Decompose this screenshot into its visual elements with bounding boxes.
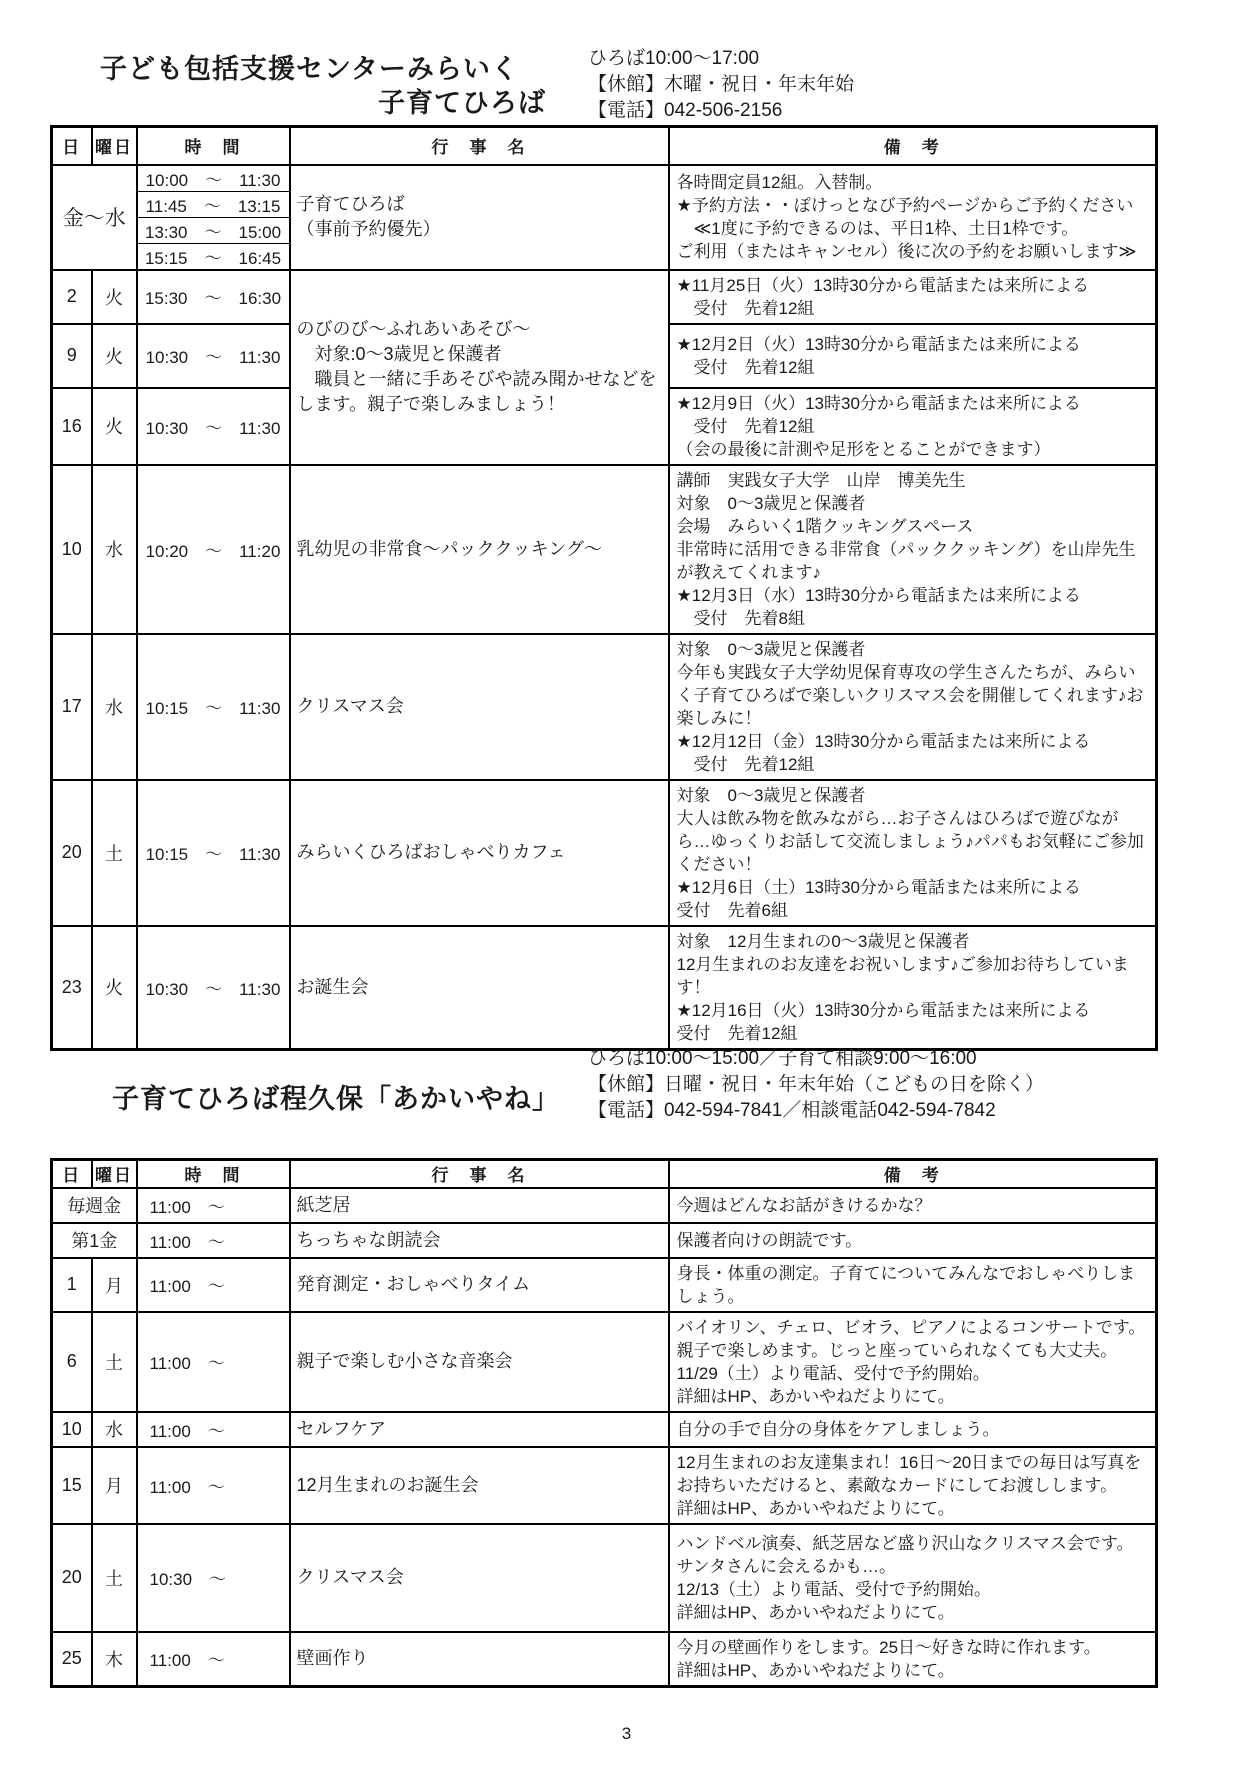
time-cell: 10:30 ～ 11:30: [137, 926, 290, 1050]
weekday-cell: 水: [92, 634, 137, 780]
day-cell: 10: [52, 1412, 92, 1447]
section2-hours: ひろば10:00～15:00／子育て相談9:00～16:00: [588, 1046, 1044, 1072]
event-cell: 12月生まれのお誕生会: [290, 1447, 669, 1524]
day-cell: 第1金: [52, 1223, 137, 1258]
time-cell: 11:45 ～ 13:15: [137, 191, 290, 217]
header-day: 日: [52, 1160, 92, 1188]
table-row: 17 水 10:15 ～ 11:30 クリスマス会 対象 0～3歳児と保護者 今…: [52, 634, 1157, 780]
time-cell: 11:00 ～: [137, 1223, 290, 1258]
section2-info: ひろば10:00～15:00／子育て相談9:00～16:00 【休館】日曜・祝日…: [588, 1046, 1044, 1124]
note-cell: 講師 実践女子大学 山岸 博美先生 対象 0～3歳児と保護者 会場 みらいく1階…: [669, 465, 1157, 634]
table-row: 金～水 10:00 ～ 11:30 子育てひろば （事前予約優先） 各時間定員1…: [52, 165, 1157, 192]
time-cell: 10:30 ～ 11:30: [137, 324, 290, 388]
section1-title: 子ども包括支援センターみらいく 子育てひろば: [100, 52, 546, 120]
day-cell: 20: [52, 1524, 92, 1632]
weekday-cell: 火: [92, 926, 137, 1050]
weekday-cell: 火: [92, 388, 137, 465]
weekday-cell: 土: [92, 1524, 137, 1632]
table-row: 10 水 11:00 ～ セルフケア 自分の手で自分の身体をケアしましょう。: [52, 1412, 1157, 1447]
event-cell: のびのび～ふれあいあそび～ 対象:0～3歳児と保護者 職員と一緒に手あそびや読み…: [290, 270, 669, 465]
time-cell: 11:00 ～: [137, 1258, 290, 1312]
table-header-row: 日 曜日 時 間 行 事 名 備 考: [52, 1160, 1157, 1188]
event-cell: クリスマス会: [290, 634, 669, 780]
note-cell: ★11月25日（火）13時30分から電話または来所による 受付 先着12組: [669, 270, 1157, 324]
section2-phone: 【電話】042-594-7841／相談電話042-594-7842: [588, 1098, 1044, 1124]
table-row: 1 月 11:00 ～ 発育測定・おしゃべりタイム 身長・体重の測定。子育てにつ…: [52, 1258, 1157, 1312]
event-cell: 親子で楽しむ小さな音楽会: [290, 1312, 669, 1412]
time-cell: 15:15 ～ 16:45: [137, 243, 290, 270]
section2-title: 子育てひろば程久保「あかいやね」: [112, 1082, 560, 1116]
time-cell: 11:00 ～: [137, 1188, 290, 1223]
document-page: 子ども包括支援センターみらいく 子育てひろば ひろば10:00～17:00 【休…: [0, 0, 1253, 1780]
time-cell: 13:30 ～ 15:00: [137, 217, 290, 243]
section1-hours: ひろば10:00～17:00: [588, 46, 854, 72]
event-cell: 壁画作り: [290, 1632, 669, 1687]
note-cell: 身長・体重の測定。子育てについてみんなでおしゃべりしましょう。: [669, 1258, 1157, 1312]
header-time: 時 間: [137, 127, 290, 165]
header-event: 行 事 名: [290, 1160, 669, 1188]
day-cell: 16: [52, 388, 92, 465]
note-cell: 12月生まれのお友達集まれ！16日～20日までの毎日は写真をお持ちいただけると、…: [669, 1447, 1157, 1524]
weekday-cell: 水: [92, 1412, 137, 1447]
section1-title-line1: 子ども包括支援センターみらいく: [100, 52, 546, 86]
weekday-cell: 月: [92, 1258, 137, 1312]
event-cell: 乳幼児の非常食～パッククッキング～: [290, 465, 669, 634]
table-row: 15 月 11:00 ～ 12月生まれのお誕生会 12月生まれのお友達集まれ！1…: [52, 1447, 1157, 1524]
header-event: 行 事 名: [290, 127, 669, 165]
time-cell: 10:15 ～ 11:30: [137, 780, 290, 926]
table-row: 毎週金 11:00 ～ 紙芝居 今週はどんなお話がきけるかな？: [52, 1188, 1157, 1223]
event-cell: セルフケア: [290, 1412, 669, 1447]
header-weekday: 曜日: [92, 1160, 137, 1188]
time-cell: 10:00 ～ 11:30: [137, 165, 290, 192]
note-cell: 今週はどんなお話がきけるかな？: [669, 1188, 1157, 1223]
table-row: 25 木 11:00 ～ 壁画作り 今月の壁画作りをします。25日～好きな時に作…: [52, 1632, 1157, 1687]
table-row: 2 火 15:30 ～ 16:30 のびのび～ふれあいあそび～ 対象:0～3歳児…: [52, 270, 1157, 324]
note-cell: 各時間定員12組。入替制。 ★予約方法・・ぽけっとなび予約ページからご予約くださ…: [669, 165, 1157, 270]
header-day: 日: [52, 127, 92, 165]
page-number: 3: [0, 1724, 1253, 1744]
note-cell: 対象 12月生まれの0～3歳児と保護者 12月生まれのお友達をお祝いします♪ご参…: [669, 926, 1157, 1050]
time-cell: 10:30 ～: [137, 1524, 290, 1632]
event-cell: 紙芝居: [290, 1188, 669, 1223]
day-cell: 6: [52, 1312, 92, 1412]
time-cell: 11:00 ～: [137, 1312, 290, 1412]
table-header-row: 日 曜日 時 間 行 事 名 備 考: [52, 127, 1157, 165]
weekday-cell: 火: [92, 270, 137, 324]
day-cell: 10: [52, 465, 92, 634]
section1-title-line2: 子育てひろば: [378, 86, 546, 120]
note-cell: バイオリン、チェロ、ビオラ、ピアノによるコンサートです。 親子で楽しめます。じっ…: [669, 1312, 1157, 1412]
note-cell: 対象 0～3歳児と保護者 今年も実践女子大学幼児保育専攻の学生さんたちが、みらい…: [669, 634, 1157, 780]
section1-closed-days: 【休館】木曜・祝日・年末年始: [588, 72, 854, 98]
table-row: 第1金 11:00 ～ ちっちゃな朗読会 保護者向けの朗読です。: [52, 1223, 1157, 1258]
table-row: 6 土 11:00 ～ 親子で楽しむ小さな音楽会 バイオリン、チェロ、ビオラ、ピ…: [52, 1312, 1157, 1412]
day-cell: 17: [52, 634, 92, 780]
header-note: 備 考: [669, 1160, 1157, 1188]
weekday-cell: 土: [92, 1312, 137, 1412]
event-cell: クリスマス会: [290, 1524, 669, 1632]
note-cell: ★12月9日（火）13時30分から電話または来所による 受付 先着12組 （会の…: [669, 388, 1157, 465]
note-cell: 自分の手で自分の身体をケアしましょう。: [669, 1412, 1157, 1447]
note-cell: ハンドベル演奏、紙芝居など盛り沢山なクリスマス会です。サンタさんに会えるかも…。…: [669, 1524, 1157, 1632]
event-cell: 発育測定・おしゃべりタイム: [290, 1258, 669, 1312]
table-row: 20 土 10:15 ～ 11:30 みらいくひろばおしゃべりカフェ 対象 0～…: [52, 780, 1157, 926]
day-cell: 2: [52, 270, 92, 324]
header-note: 備 考: [669, 127, 1157, 165]
section1-phone: 【電話】042-506-2156: [588, 98, 854, 124]
event-cell: お誕生会: [290, 926, 669, 1050]
time-cell: 11:00 ～: [137, 1412, 290, 1447]
day-cell: 25: [52, 1632, 92, 1687]
weekday-cell: 水: [92, 465, 137, 634]
event-cell: 子育てひろば （事前予約優先）: [290, 165, 669, 270]
header-time: 時 間: [137, 1160, 290, 1188]
day-cell: 20: [52, 780, 92, 926]
weekday-cell: 土: [92, 780, 137, 926]
section2-closed-days: 【休館】日曜・祝日・年末年始（こどもの日を除く）: [588, 1072, 1044, 1098]
header-weekday: 曜日: [92, 127, 137, 165]
day-cell: 毎週金: [52, 1188, 137, 1223]
time-cell: 10:20 ～ 11:20: [137, 465, 290, 634]
note-cell: 今月の壁画作りをします。25日～好きな時に作れます。 詳細はHP、あかいやねだよ…: [669, 1632, 1157, 1687]
weekday-cell: 木: [92, 1632, 137, 1687]
time-cell: 10:30 ～ 11:30: [137, 388, 290, 465]
section1-info: ひろば10:00～17:00 【休館】木曜・祝日・年末年始 【電話】042-50…: [588, 46, 854, 124]
day-cell: 15: [52, 1447, 92, 1524]
note-cell: 対象 0～3歳児と保護者 大人は飲み物を飲みながら…お子さんはひろばで遊びながら…: [669, 780, 1157, 926]
time-cell: 11:00 ～: [137, 1447, 290, 1524]
day-cell: 9: [52, 324, 92, 388]
time-cell: 15:30 ～ 16:30: [137, 270, 290, 324]
akaiyane-schedule-table: 日 曜日 時 間 行 事 名 備 考 毎週金 11:00 ～ 紙芝居 今週はどん…: [50, 1158, 1158, 1688]
day-cell: 23: [52, 926, 92, 1050]
time-cell: 10:15 ～ 11:30: [137, 634, 290, 780]
note-cell: ★12月2日（火）13時30分から電話または来所による 受付 先着12組: [669, 324, 1157, 388]
event-cell: ちっちゃな朗読会: [290, 1223, 669, 1258]
event-cell: みらいくひろばおしゃべりカフェ: [290, 780, 669, 926]
day-cell: 1: [52, 1258, 92, 1312]
table-row: 10 水 10:20 ～ 11:20 乳幼児の非常食～パッククッキング～ 講師 …: [52, 465, 1157, 634]
weekday-cell: 火: [92, 324, 137, 388]
table-row: 20 土 10:30 ～ クリスマス会 ハンドベル演奏、紙芝居など盛り沢山なクリ…: [52, 1524, 1157, 1632]
time-cell: 11:00 ～: [137, 1632, 290, 1687]
day-cell: 金～水: [52, 165, 137, 270]
table-row: 23 火 10:30 ～ 11:30 お誕生会 対象 12月生まれの0～3歳児と…: [52, 926, 1157, 1050]
weekday-cell: 月: [92, 1447, 137, 1524]
miraiku-schedule-table: 日 曜日 時 間 行 事 名 備 考 金～水 10:00 ～ 11:30 子育て…: [50, 125, 1158, 1051]
note-cell: 保護者向けの朗読です。: [669, 1223, 1157, 1258]
